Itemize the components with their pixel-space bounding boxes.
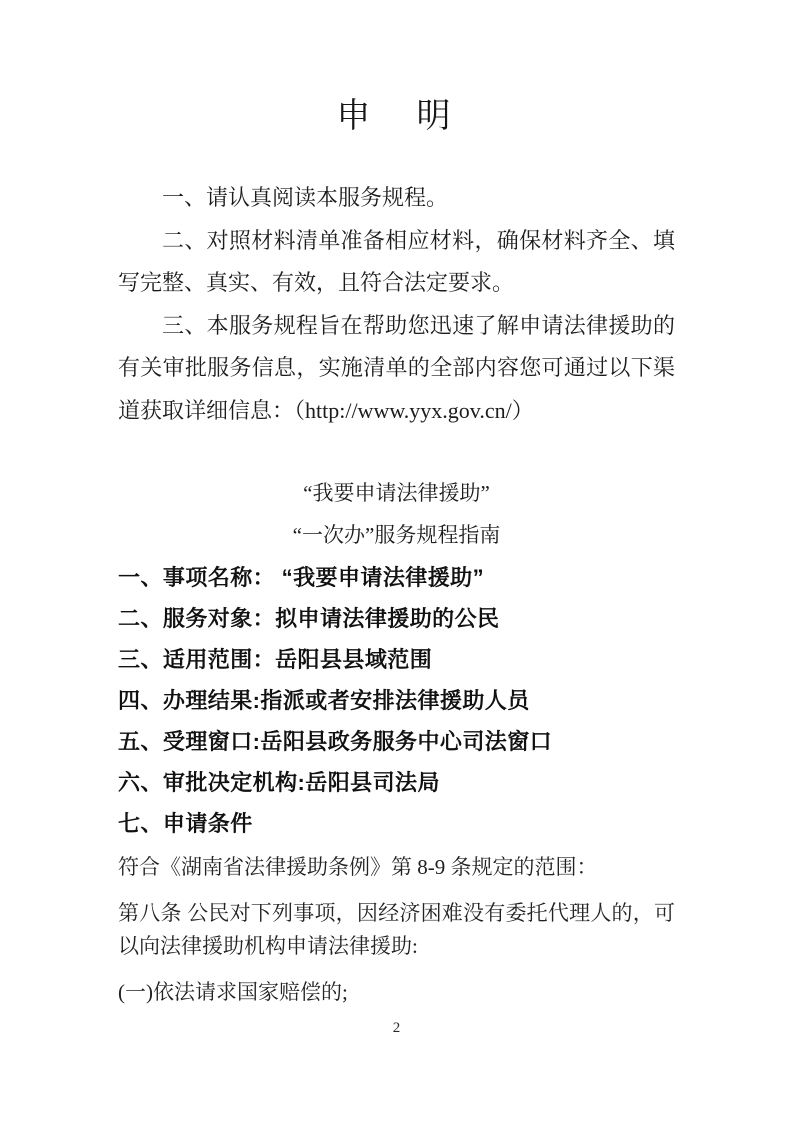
guide-item-authority: 六、审批决定机构:岳阳县司法局 [118, 769, 683, 797]
guide-item-list: 一、事项名称： “我要申请法律援助” 二、服务对象：拟申请法律援助的公民 三、适… [118, 564, 683, 838]
document-page: 申 明 一、请认真阅读本服务规程。 二、对照材料清单准备相应材料，确保材料齐全、… [0, 0, 793, 1122]
page-number: 2 [0, 1020, 793, 1037]
guide-item-result: 四、办理结果:指派或者安排法律援助人员 [118, 687, 683, 715]
guide-subtitle-line1: “我要申请法律援助” [0, 472, 793, 514]
statement-section: 一、请认真阅读本服务规程。 二、对照材料清单准备相应材料，确保材料齐全、填写完整… [118, 177, 675, 432]
guide-item-target: 二、服务对象：拟申请法律援助的公民 [118, 605, 683, 633]
guide-item-window: 五、受理窗口:岳阳县政务服务中心司法窗口 [118, 728, 683, 756]
conditions-intro: 符合《湖南省法律援助条例》第 8-9 条规定的范围： [118, 851, 675, 884]
statement-paragraph-2: 二、对照材料清单准备相应材料，确保材料齐全、填写完整、真实、有效，且符合法定要求… [118, 220, 675, 305]
conditions-item1: (一)依法请求国家赔偿的; [118, 976, 675, 1009]
guide-subtitle: “我要申请法律援助” “一次办”服务规程指南 [0, 472, 793, 556]
conditions-section: 符合《湖南省法律援助条例》第 8-9 条规定的范围： 第八条 公民对下列事项，因… [118, 851, 675, 1009]
statement-paragraph-3: 三、本服务规程旨在帮助您迅速了解申请法律援助的有关审批服务信息，实施清单的全部内… [118, 305, 675, 433]
guide-subtitle-line2: “一次办”服务规程指南 [0, 514, 793, 556]
conditions-article8: 第八条 公民对下列事项，因经济困难没有委托代理人的，可以向法律援助机构申请法律援… [118, 897, 675, 963]
statement-paragraph-1: 一、请认真阅读本服务规程。 [118, 177, 675, 220]
guide-item-scope: 三、适用范围：岳阳县县域范围 [118, 646, 683, 674]
guide-item-name: 一、事项名称： “我要申请法律援助” [118, 564, 683, 592]
page-title: 申 明 [0, 0, 793, 137]
guide-item-conditions: 七、申请条件 [118, 810, 683, 838]
